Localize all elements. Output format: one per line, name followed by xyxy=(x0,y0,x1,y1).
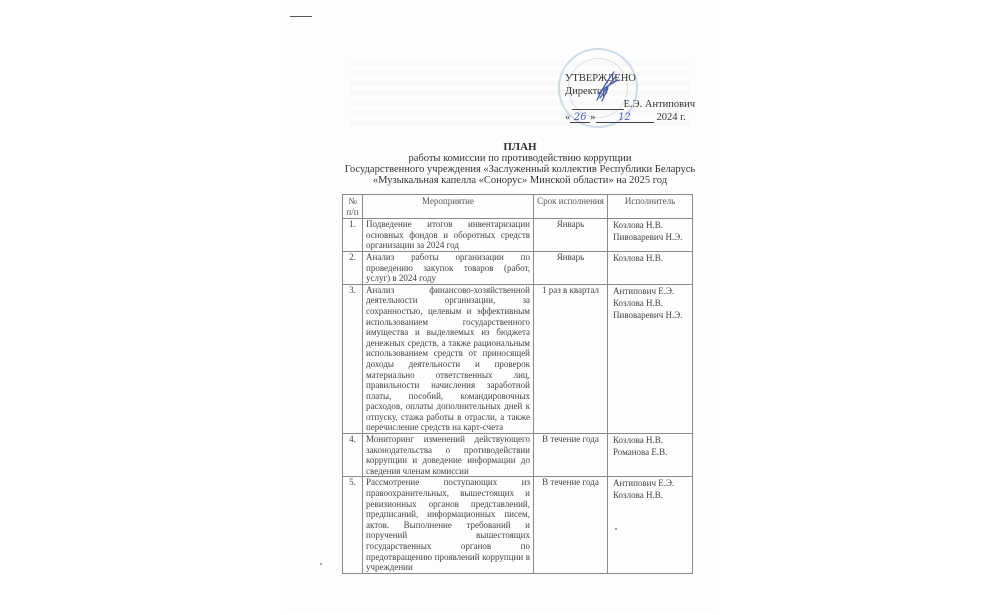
approved-label: УТВЕРЖДЕНО xyxy=(565,72,695,85)
row-executors: Антипович Е.Э.Козлова Н.В.Пивоваревич Н.… xyxy=(608,284,693,433)
row-event: Анализ работы организации по проведению … xyxy=(363,251,534,284)
executor-name: Козлова Н.В. xyxy=(613,219,689,231)
executor-name: Пивоваревич Н.Э. xyxy=(613,309,689,321)
executor-name: Козлова Н.В. xyxy=(613,297,689,309)
document-title-block: ПЛАН работы комиссии по противодействию … xyxy=(330,142,710,186)
row-executors: Козлова Н.В.Пивоваревич Н.Э. xyxy=(608,219,693,252)
row-event: Анализ финансово-хозяйственной деятельно… xyxy=(363,284,534,433)
executor-name: Козлова Н.В. xyxy=(613,252,689,264)
approver-position: Директор xyxy=(565,85,695,98)
row-number: 5. xyxy=(343,477,363,573)
executor-name: Козлова Н.В. xyxy=(613,434,689,446)
approval-block: УТВЕРЖДЕНО Директор Е.Э. Антипович « 26 … xyxy=(565,72,695,124)
row-executors: Козлова Н.В. xyxy=(608,251,693,284)
executor-name: Романова Е.В. xyxy=(613,446,689,458)
row-term: Январь xyxy=(534,251,608,284)
row-number: 1. xyxy=(343,219,363,252)
row-term: Январь xyxy=(534,219,608,252)
row-event: Подведение итогов инвентаризации основны… xyxy=(363,219,534,252)
column-header-term: Срок исполнения xyxy=(534,195,608,219)
executor-name: Козлова Н.В. xyxy=(613,489,689,501)
scan-speck xyxy=(320,563,322,565)
signature-icon xyxy=(594,68,620,102)
row-number: 4. xyxy=(343,434,363,477)
table-row: 4.Мониторинг изменений действующего зако… xyxy=(343,434,693,477)
row-term: В течение года xyxy=(534,434,608,477)
row-number: 3. xyxy=(343,284,363,433)
corner-mark xyxy=(290,16,312,17)
row-executors: Козлова Н.В.Романова Е.В. xyxy=(608,434,693,477)
scan-speck xyxy=(615,528,617,530)
title-line-2: Государственного учреждения «Заслуженный… xyxy=(330,164,710,175)
date-day: 26 xyxy=(571,112,590,123)
document-title: ПЛАН xyxy=(330,142,710,153)
row-term: 1 раз в квартал xyxy=(534,284,608,433)
column-header-num: № п/п xyxy=(343,195,363,219)
date-month: 12 xyxy=(615,112,634,123)
table-header-row: № п/п Мероприятие Срок исполнения Исполн… xyxy=(343,195,693,219)
row-executors: Антипович Е.Э.Козлова Н.В. xyxy=(608,477,693,573)
approver-name: Е.Э. Антипович xyxy=(624,98,695,111)
row-event: Рассмотрение поступающих из правоохранит… xyxy=(363,477,534,573)
table-row: 1.Подведение итогов инвентаризации основ… xyxy=(343,219,693,252)
column-header-event: Мероприятие xyxy=(363,195,534,219)
table-row: 2.Анализ работы организации по проведени… xyxy=(343,251,693,284)
row-event: Мониторинг изменений действующего законо… xyxy=(363,434,534,477)
row-term: В течение года xyxy=(534,477,608,573)
plan-table: № п/п Мероприятие Срок исполнения Исполн… xyxy=(342,194,693,574)
table-row: 5.Рассмотрение поступающих из правоохран… xyxy=(343,477,693,573)
executor-name: Пивоваревич Н.Э. xyxy=(613,231,689,243)
title-line-3: «Музыкальная капелла «Сонорус» Минской о… xyxy=(330,175,710,186)
date-year: 2024 г. xyxy=(657,111,686,124)
executor-name: Антипович Е.Э. xyxy=(613,477,689,489)
executor-name: Антипович Е.Э. xyxy=(613,285,689,297)
row-number: 2. xyxy=(343,251,363,284)
column-header-executor: Исполнитель xyxy=(608,195,693,219)
approval-date: « 26 » 12 2024 г. xyxy=(565,111,695,124)
title-line-1: работы комиссии по противодействию корру… xyxy=(330,153,710,164)
table-row: 3.Анализ финансово-хозяйственной деятель… xyxy=(343,284,693,433)
